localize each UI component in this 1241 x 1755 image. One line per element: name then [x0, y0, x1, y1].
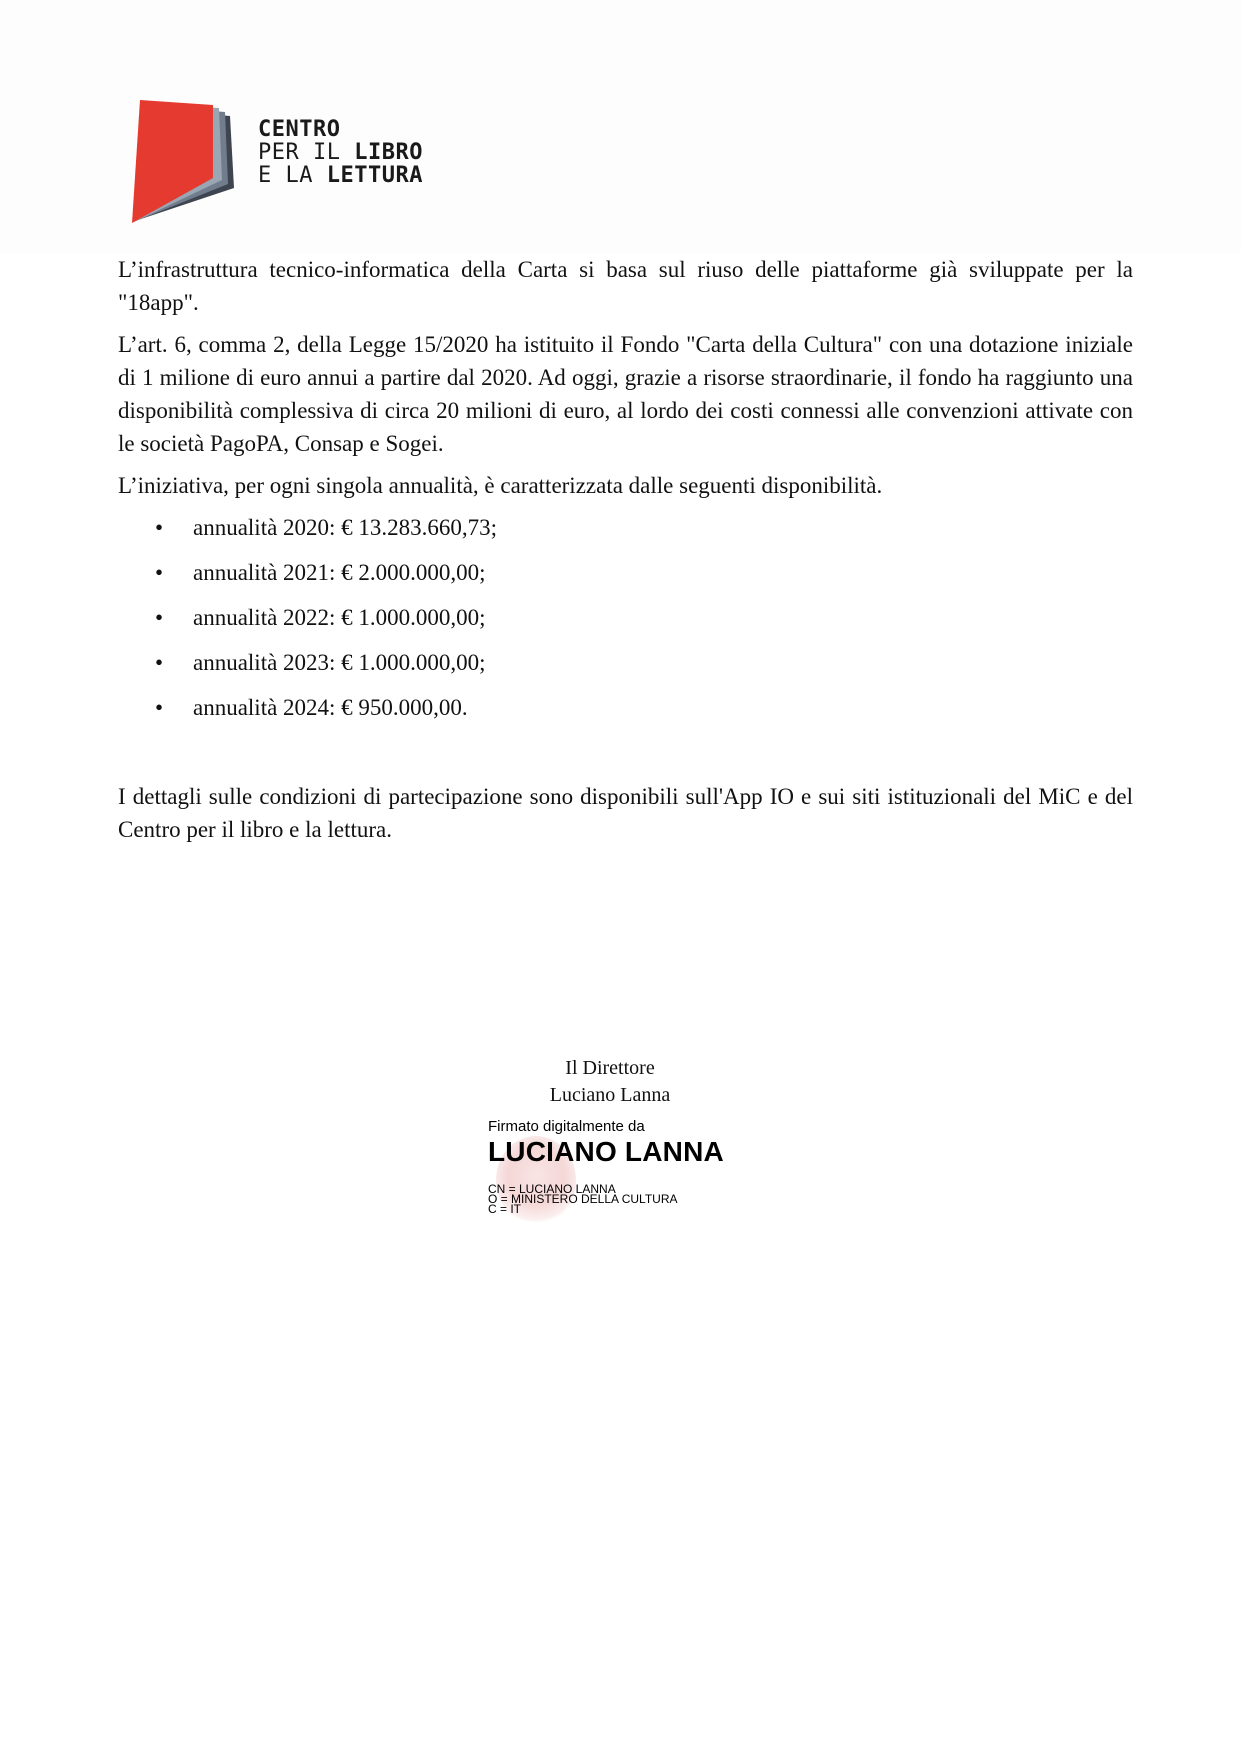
logo-line-2-bold: LIBRO — [354, 140, 423, 165]
logo-wordmark: CENTRO PER IL LIBRO E LA LETTURA — [258, 118, 423, 187]
list-item: •annualità 2022: € 1.000.000,00; — [118, 601, 1133, 634]
bullet-icon: • — [155, 511, 163, 544]
digital-signature-label: Firmato digitalmente da — [488, 1118, 645, 1135]
book-pages-icon — [130, 100, 250, 225]
list-item: •annualità 2021: € 2.000.000,00; — [118, 556, 1133, 589]
spacer — [118, 736, 1133, 780]
logo-centro-per-il-libro: CENTRO PER IL LIBRO E LA LETTURA — [130, 100, 450, 225]
logo-line-1: CENTRO — [258, 118, 423, 141]
letter-body: L’infrastruttura tecnico-informatica del… — [118, 253, 1133, 855]
digital-signature-details: CN = LUCIANO LANNA O = MINISTERO DELLA C… — [488, 1184, 678, 1214]
paragraph-annualities-intro: L’iniziativa, per ogni singola annualità… — [118, 469, 1133, 502]
list-item: •annualità 2020: € 13.283.660,73; — [118, 511, 1133, 544]
bullet-icon: • — [155, 601, 163, 634]
logo-line-3-bold: LETTURA — [327, 163, 423, 188]
paragraph-closing: I dettagli sulle condizioni di partecipa… — [118, 780, 1133, 846]
annuality-2024: annualità 2024: € 950.000,00. — [193, 695, 468, 720]
signer-title: Il Direttore — [540, 1055, 680, 1082]
logo-line-3-light: E LA — [258, 163, 327, 188]
paragraph-fund: L’art. 6, comma 2, della Legge 15/2020 h… — [118, 328, 1133, 460]
digital-signature-name: LUCIANO LANNA — [488, 1136, 724, 1168]
list-item: •annualità 2024: € 950.000,00. — [118, 691, 1133, 724]
annualities-list: •annualità 2020: € 13.283.660,73; •annua… — [118, 511, 1133, 724]
bullet-icon: • — [155, 691, 163, 724]
paragraph-infrastructure: L’infrastruttura tecnico-informatica del… — [118, 253, 1133, 319]
digital-signature: Firmato digitalmente da LUCIANO LANNA CN… — [488, 1118, 748, 1228]
bullet-icon: • — [155, 646, 163, 679]
signer-block: Il Direttore Luciano Lanna — [540, 1055, 680, 1109]
annuality-2021: annualità 2021: € 2.000.000,00; — [193, 560, 486, 585]
list-item: •annualità 2023: € 1.000.000,00; — [118, 646, 1133, 679]
logo-line-2-light: PER IL — [258, 140, 354, 165]
bullet-icon: • — [155, 556, 163, 589]
letterhead: CENTRO PER IL LIBRO E LA LETTURA — [0, 0, 1241, 253]
annuality-2022: annualità 2022: € 1.000.000,00; — [193, 605, 486, 630]
annuality-2023: annualità 2023: € 1.000.000,00; — [193, 650, 486, 675]
signer-name: Luciano Lanna — [540, 1082, 680, 1109]
annuality-2020: annualità 2020: € 13.283.660,73; — [193, 515, 497, 540]
